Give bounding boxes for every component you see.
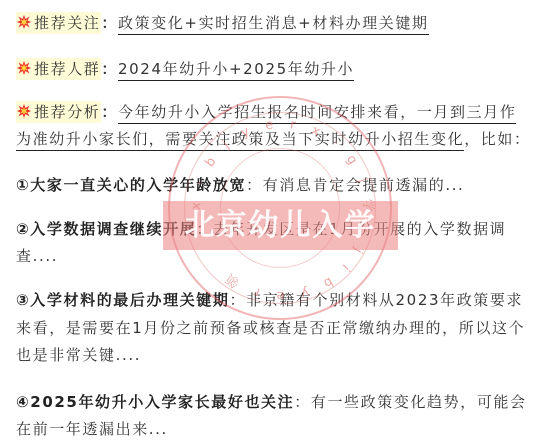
recommend-audience-label-highlight: 推荐人群 — [16, 58, 101, 80]
point-3-text-1: 非京籍有个别材料从2023年政策要求 — [246, 291, 523, 309]
point-4-line-2: 在前一年透漏出来... — [16, 417, 168, 441]
point-3-text-2: 来看，是需要在1月份之前预备或核查是否正常缴纳办理的，所以这个 — [16, 319, 525, 337]
recommend-analysis-line-1: 推荐分析：今年幼升小入学招生报名时间安排来看，一月到三月作 — [16, 100, 516, 124]
recommend-analysis-colon: ： — [101, 103, 118, 121]
recommend-audience-label: 推荐人群 — [34, 60, 100, 78]
recommend-focus-colon: ： — [101, 14, 118, 32]
watermark-stamp-center-ring — [220, 148, 340, 268]
recommend-analysis-value-2: 为准幼升小家长们，需要关注政策及当下实时幼升小招生变化 — [16, 130, 464, 151]
point-3-colon: ： — [230, 291, 247, 309]
point-3-title: ③入学材料的最后办理关键期 — [16, 291, 230, 309]
recommend-analysis-tail: ，比如： — [464, 130, 530, 148]
recommend-analysis-line-2: 为准幼升小家长们，需要关注政策及当下实时幼升小招生变化，比如： — [16, 127, 531, 151]
recommend-analysis-label: 推荐分析 — [34, 103, 100, 121]
collision-emoji-icon — [17, 15, 31, 29]
recommend-analysis-value-1: 今年幼升小入学招生报名时间安排来看，一月到三月作 — [118, 103, 516, 124]
collision-emoji-icon — [17, 104, 31, 118]
recommend-audience-value: 2024年幼升小+2025年幼升小 — [118, 60, 354, 81]
collision-emoji-icon — [17, 61, 31, 75]
point-3-line-1: ③入学材料的最后办理关键期：非京籍有个别材料从2023年政策要求 — [16, 288, 523, 312]
point-3-line-3: 也是非常关键.... — [16, 343, 141, 367]
point-2-title: ②入学数据调查继续开展 — [16, 220, 196, 238]
point-4-text-1: 有一些政策变化趋势，可能会 — [311, 393, 527, 411]
recommend-focus-label: 推荐关注 — [34, 14, 100, 32]
point-4-title: ④2025年幼升小入学家长最好也关注 — [16, 393, 294, 411]
point-2-line-2: 查.... — [16, 244, 58, 268]
point-1-text-1: 有消息肯定会提前透漏的... — [263, 176, 465, 194]
point-2-line-1: ②入学数据调查继续开展：去年开发区是在1月份开展的入学数据调 — [16, 217, 506, 241]
point-1-line-1: ①大家一直关心的入学年龄放宽：有消息肯定会提前透漏的... — [16, 173, 464, 197]
recommend-analysis-label-highlight: 推荐分析 — [16, 101, 101, 123]
point-1-colon: ： — [246, 176, 263, 194]
recommend-focus-line: 推荐关注：政策变化+实时招生消息+材料办理关键期 — [16, 11, 429, 35]
recommend-audience-colon: ： — [101, 60, 118, 78]
point-2-colon: ： — [196, 220, 213, 238]
point-2-text-1: 去年开发区是在1月份开展的入学数据调 — [213, 220, 506, 238]
point-4-text-2: 在前一年透漏出来... — [16, 420, 168, 438]
point-4-colon: ： — [294, 393, 311, 411]
point-1-title: ①大家一直关心的入学年龄放宽 — [16, 176, 246, 194]
point-3-text-3: 也是非常关键.... — [16, 346, 141, 364]
recommend-focus-label-highlight: 推荐关注 — [16, 12, 101, 34]
recommend-audience-line: 推荐人群：2024年幼升小+2025年幼升小 — [16, 57, 354, 81]
recommend-focus-value: 政策变化+实时招生消息+材料办理关键期 — [118, 14, 429, 35]
point-2-text-2: 查.... — [16, 247, 58, 265]
point-3-line-2: 来看，是需要在1月份之前预备或核查是否正常缴纳办理的，所以这个 — [16, 316, 525, 340]
point-4-line-1: ④2025年幼升小入学家长最好也关注：有一些政策变化趋势，可能会 — [16, 390, 527, 414]
